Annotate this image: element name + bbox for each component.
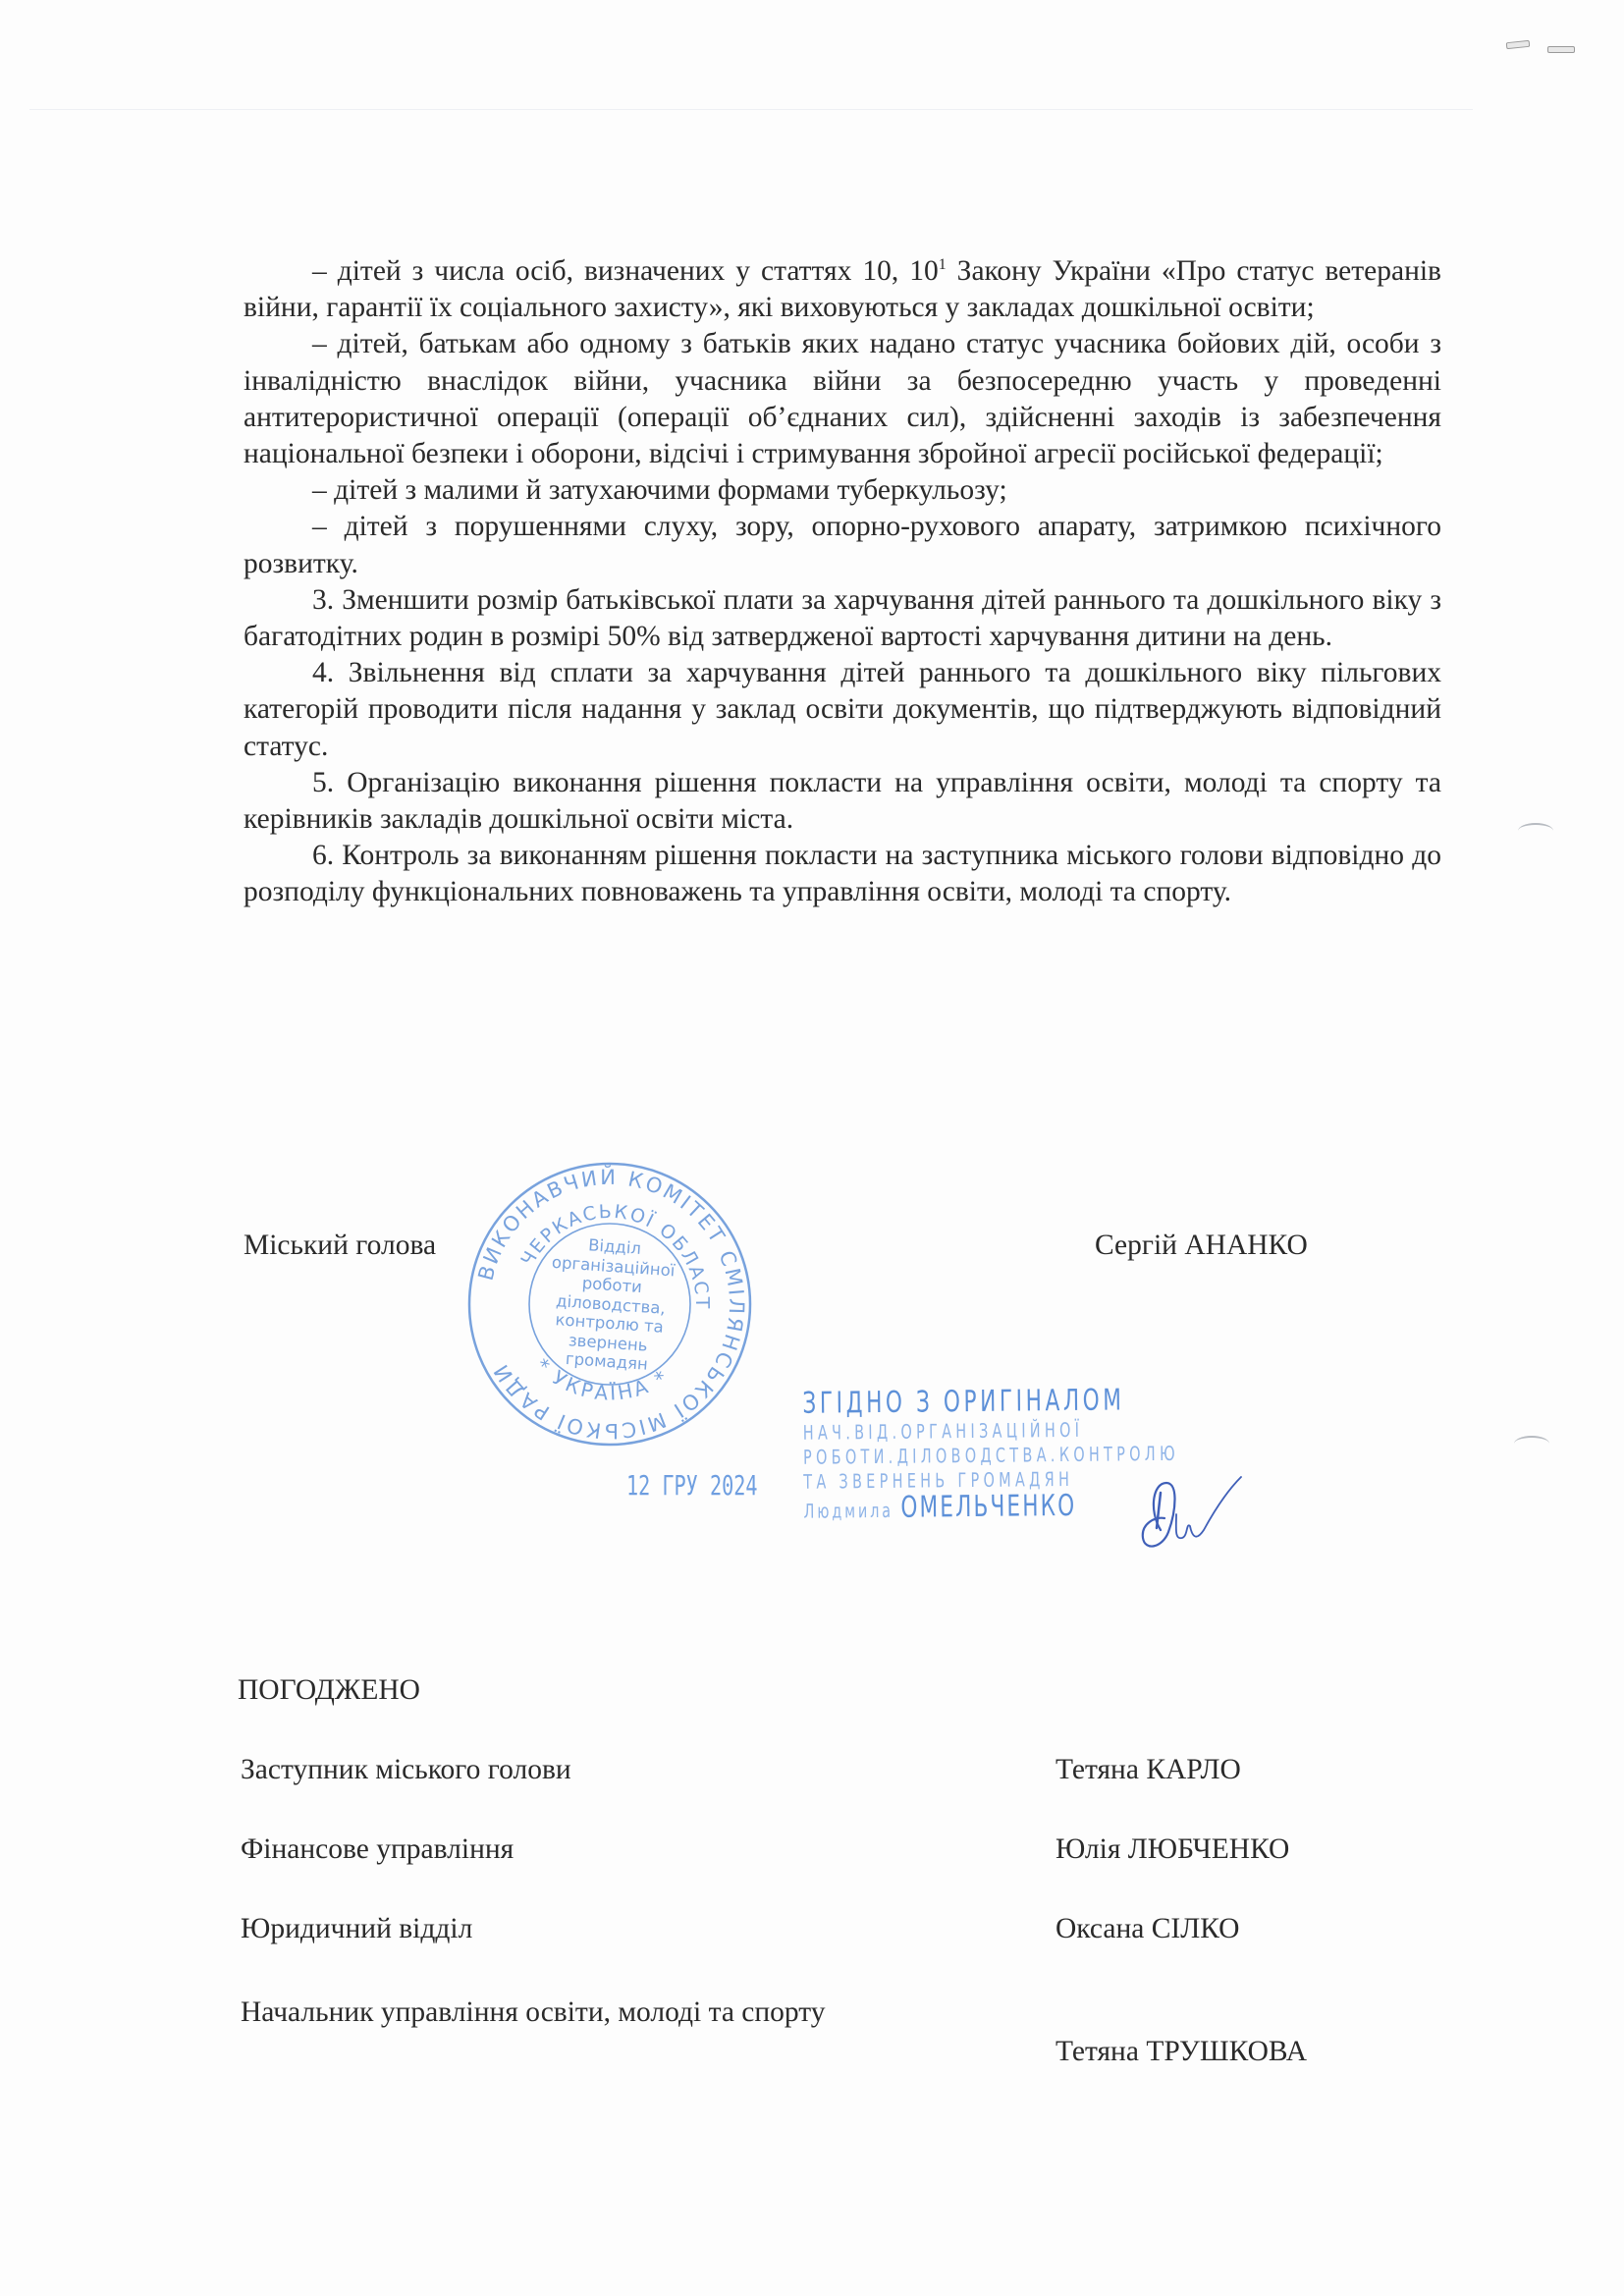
clause-6-control: 6. Контроль за виконанням рішення поклас… (244, 838, 1441, 910)
approved-heading: ПОГОДЖЕНО (238, 1672, 420, 1709)
mayor-name: Сергій АНАНКО (1095, 1228, 1308, 1264)
clause-4-exemption: 4. Звільнення від сплати за харчування д… (244, 655, 1441, 765)
paragraph-disabilities: – дітей з порушеннями слуху, зору, опорн… (244, 509, 1441, 581)
approval-position: Начальник управління освіти, молоді та с… (241, 1993, 869, 2032)
staple-mark-left (1506, 40, 1531, 49)
scan-edge-mark (1518, 823, 1553, 839)
handwritten-signature-icon (1131, 1471, 1249, 1559)
cert-line-signer: Людмила ОМЕЛЬЧЕНКО (803, 1491, 1179, 1526)
approval-position: Юридичний відділ (241, 1909, 869, 1948)
official-seal: ВИКОНАВЧИЙ КОМІТЕТ СМІЛЯНСЬКОЇ МІСЬКОЇ Р… (464, 1159, 755, 1449)
paragraph-combatants-children: – дітей, батькам або одному з батьків як… (244, 326, 1441, 472)
scan-edge-mark (1514, 1436, 1549, 1451)
certification-date: 12 ГРУ 2024 (626, 1469, 758, 1502)
cert-line-original: ЗГІДНО З ОРИГІНАЛОМ (802, 1384, 1178, 1421)
approval-position: Фінансове управління (241, 1830, 869, 1869)
clause-3-reduce-fee: 3. Зменшити розмір батьківської плати за… (244, 582, 1441, 655)
scan-top-rule (29, 109, 1473, 110)
approval-position: Заступник міського голови (241, 1750, 869, 1789)
approval-name: Оксана СІЛКО (1056, 1909, 1239, 1948)
staple-mark-right (1547, 46, 1575, 53)
staple-marks (1502, 41, 1581, 53)
mayor-title: Міський голова (244, 1228, 436, 1264)
clause-5-organization: 5. Організацію виконання рішення покласт… (244, 765, 1441, 838)
paragraph-veterans-children: – дітей з числа осіб, визначених у статт… (244, 253, 1441, 326)
paragraph-tuberculosis: – дітей з малими й затухаючими формами т… (244, 472, 1441, 509)
approval-name: Юлія ЛЮБЧЕНКО (1056, 1830, 1289, 1869)
decision-body: – дітей з числа осіб, визначених у статт… (244, 253, 1441, 911)
approval-name: Тетяна КАРЛО (1056, 1750, 1241, 1789)
approval-name: Тетяна ТРУШКОВА (1056, 2032, 1307, 2071)
seal-center-text: Відділ організаційної роботи діловодства… (532, 1232, 688, 1377)
